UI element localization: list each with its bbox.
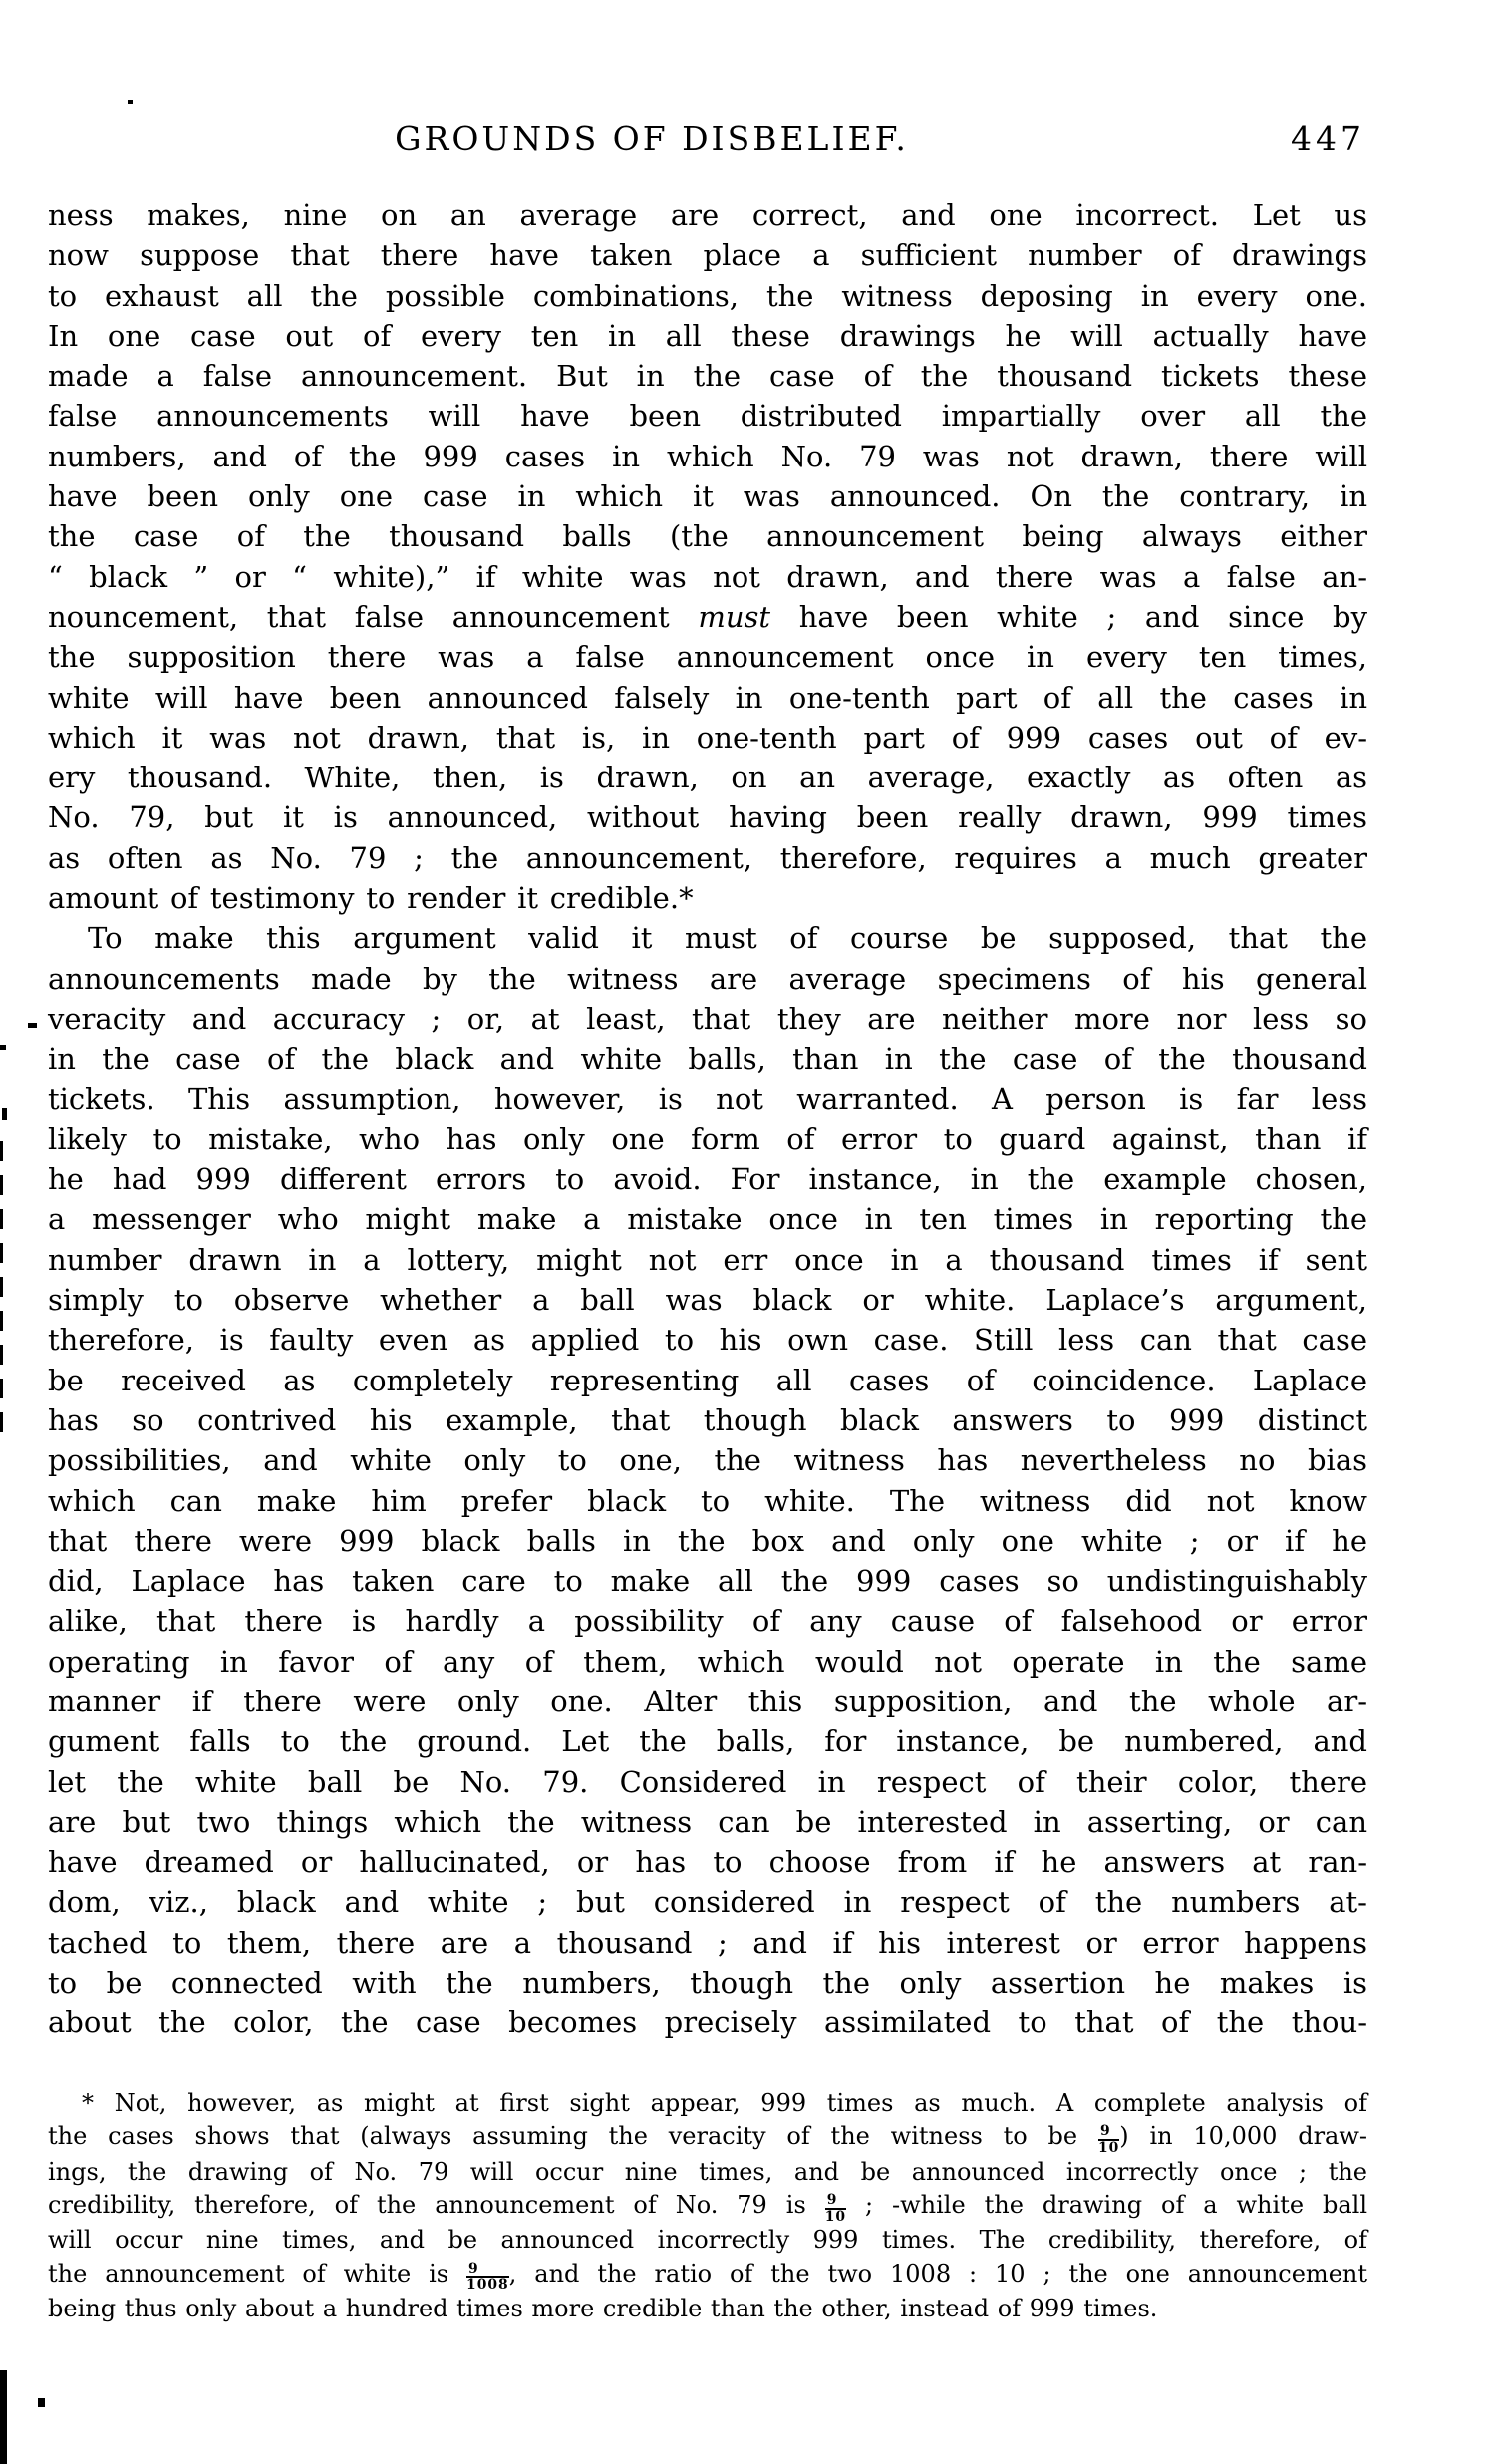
text-line: amount of testimony to render it credibl… (48, 878, 1367, 918)
text-line: the case of the thousand balls (the anno… (48, 516, 1367, 556)
text-line: To make this argument valid it must of c… (48, 918, 1367, 958)
text-line: to be connected with the numbers, though… (48, 1963, 1367, 2002)
text-line: now suppose that there have taken place … (48, 235, 1367, 275)
text-line: to exhaust all the possible combinations… (48, 276, 1367, 316)
page-number: 447 (1291, 121, 1365, 156)
text-line: will occur nine times, and be announced … (48, 2224, 1367, 2257)
fraction: 910 (825, 2193, 846, 2224)
paragraph: * Not, however, as might at first sight … (48, 2087, 1367, 2325)
text-line: are but two things which the witness can… (48, 1802, 1367, 1842)
text-line: a messenger who might make a mistake onc… (48, 1199, 1367, 1239)
text-line: tached to them, there are a thousand ; a… (48, 1923, 1367, 1963)
text-line: manner if there were only one. Alter thi… (48, 1682, 1367, 1721)
text-line: likely to mistake, who has only one form… (48, 1119, 1367, 1159)
page-title: GROUNDS OF DISBELIEF. (0, 121, 1312, 156)
text-line: the supposition there was a false announ… (48, 637, 1367, 677)
text-line: be received as completely representing a… (48, 1361, 1367, 1400)
italic-text: must (698, 600, 770, 634)
text-line: therefore, is faulty even as applied to … (48, 1320, 1367, 1360)
text-line: the cases shows that (always assuming th… (48, 2120, 1367, 2155)
text-line: which can make him prefer black to white… (48, 1481, 1367, 1521)
scan-speck (0, 1045, 6, 1050)
text-line: number drawn in a lottery, might not err… (48, 1240, 1367, 1280)
fraction: 91008 (466, 2262, 509, 2293)
text-line: ery thousand. White, then, is drawn, on … (48, 758, 1367, 797)
text-line: nouncement, that false announcement must… (48, 597, 1367, 637)
text-line: the announcement of white is 91008, and … (48, 2258, 1367, 2293)
scan-speck (28, 1023, 37, 1028)
text-line: about the color, the case becomes precis… (48, 2002, 1367, 2042)
text-line: tickets. This assumption, however, is no… (48, 1079, 1367, 1119)
text-line: possibilities, and white only to one, th… (48, 1440, 1367, 1480)
text-line: as often as No. 79 ; the announcement, t… (48, 838, 1367, 878)
text-line: simply to observe whether a ball was bla… (48, 1280, 1367, 1320)
text-line: credibility, therefore, of the announcem… (48, 2189, 1367, 2224)
text-line: alike, that there is hardly a possibilit… (48, 1601, 1367, 1641)
text-line: did, Laplace has taken care to make all … (48, 1561, 1367, 1601)
scanned-book-page: GROUNDS OF DISBELIEF. 447 ness makes, ni… (0, 0, 1490, 2464)
text-line: that there were 999 black balls in the b… (48, 1521, 1367, 1561)
text-line: veracity and accuracy ; or, at least, th… (48, 999, 1367, 1039)
text-line: * Not, however, as might at first sight … (48, 2087, 1367, 2120)
body-text: ness makes, nine on an average are corre… (48, 195, 1367, 2043)
paragraph: To make this argument valid it must of c… (48, 918, 1367, 2042)
scan-speck (2, 1108, 7, 1120)
text-line: being thus only about a hundred times mo… (48, 2293, 1367, 2325)
text-line: he had 999 different errors to avoid. Fo… (48, 1159, 1367, 1199)
scan-edge-artifact (0, 2370, 7, 2464)
text-line: ness makes, nine on an average are corre… (48, 195, 1367, 235)
text-line: gument falls to the ground. Let the ball… (48, 1721, 1367, 1761)
running-head: GROUNDS OF DISBELIEF. 447 (48, 121, 1367, 160)
text-line: operating in favor of any of them, which… (48, 1642, 1367, 1682)
text-line: let the white ball be No. 79. Considered… (48, 1762, 1367, 1802)
text-line: made a false announcement. But in the ca… (48, 356, 1367, 396)
scan-speck (128, 100, 133, 104)
text-line: in the case of the black and white balls… (48, 1039, 1367, 1078)
fraction: 910 (1098, 2124, 1119, 2155)
text-line: “ black ” or “ white),” if white was not… (48, 557, 1367, 597)
text-line: numbers, and of the 999 cases in which N… (48, 437, 1367, 476)
text-line: ings, the drawing of No. 79 will occur n… (48, 2156, 1367, 2189)
text-line: dom, viz., black and white ; but conside… (48, 1882, 1367, 1922)
paragraph: ness makes, nine on an average are corre… (48, 195, 1367, 918)
text-line: which it was not drawn, that is, in one-… (48, 718, 1367, 758)
margin-mark-dashed-line (0, 1141, 3, 1432)
scan-speck (38, 2398, 45, 2407)
text-line: have dreamed or hallucinated, or has to … (48, 1842, 1367, 1882)
footnote: * Not, however, as might at first sight … (48, 2087, 1367, 2325)
text-line: announcements made by the witness are av… (48, 959, 1367, 999)
text-line: white will have been announced falsely i… (48, 678, 1367, 718)
text-line: has so contrived his example, that thoug… (48, 1400, 1367, 1440)
text-line: have been only one case in which it was … (48, 476, 1367, 516)
text-line: In one case out of every ten in all thes… (48, 316, 1367, 356)
text-line: No. 79, but it is announced, without hav… (48, 797, 1367, 837)
text-line: false announcements will have been distr… (48, 396, 1367, 436)
